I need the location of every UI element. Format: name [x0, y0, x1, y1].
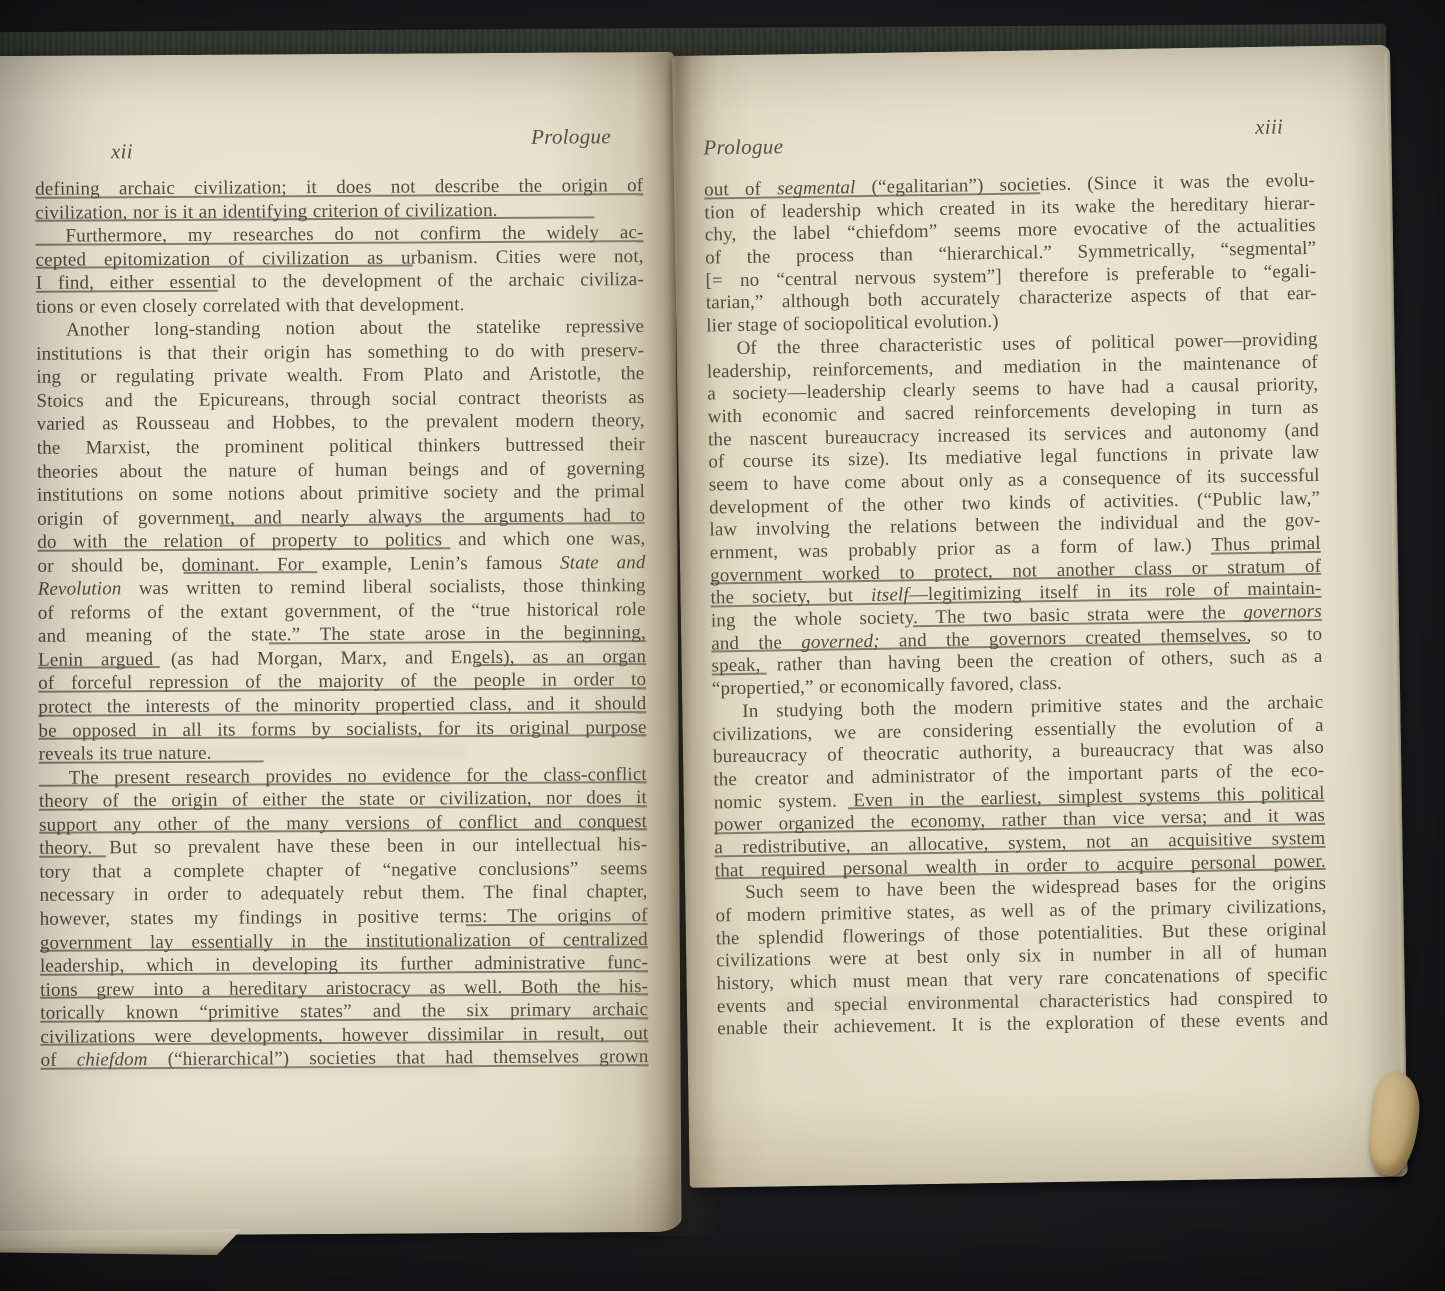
text-line: Another long-standing notion about the s…	[36, 315, 644, 342]
text-line: Revolution was written to remind liberal…	[38, 574, 646, 601]
show-through-smudge	[107, 743, 467, 761]
page-edge-stack	[1383, 51, 1408, 1172]
text-line: Furthermore, my researches do not confir…	[35, 221, 643, 248]
text-line: theory. But so prevalent have these been…	[39, 833, 647, 860]
under-page-edge	[0, 1229, 242, 1257]
left-text-block: defining archaic civilization; it does n…	[35, 174, 648, 1072]
right-text-block: out of segmental (“egalitarian”) societi…	[704, 170, 1328, 1042]
text-line: defining archaic civilization; it does n…	[35, 174, 643, 201]
left-page: xii Prologue defining archaic civilizati…	[0, 52, 682, 1236]
text-line: I find, either essential to the developm…	[36, 268, 644, 295]
photo-backdrop: xii Prologue defining archaic civilizati…	[0, 0, 1445, 1291]
text-line: the Marxist, the prominent political thi…	[37, 433, 645, 460]
text-line: protect the interests of the minority pr…	[38, 692, 646, 719]
text-line: be opposed in all its forms by socialist…	[38, 716, 646, 743]
left-running-head: Prologue	[0, 124, 643, 153]
text-line: however, states my findings in positive …	[40, 904, 648, 931]
right-page: Prologue xiii out of segmental (“egalita…	[672, 45, 1408, 1188]
text-line: do with the relation of property to poli…	[37, 527, 645, 554]
text-line: institutions on some notions about primi…	[37, 480, 645, 507]
text-line: leadership, which in developing its furt…	[40, 951, 648, 978]
show-through-smudge	[59, 1059, 479, 1076]
right-page-number: xiii	[703, 114, 1283, 148]
text-line: theory of the origin of either the state…	[39, 786, 647, 813]
text-line: torically known “primitive states” and t…	[40, 998, 648, 1025]
